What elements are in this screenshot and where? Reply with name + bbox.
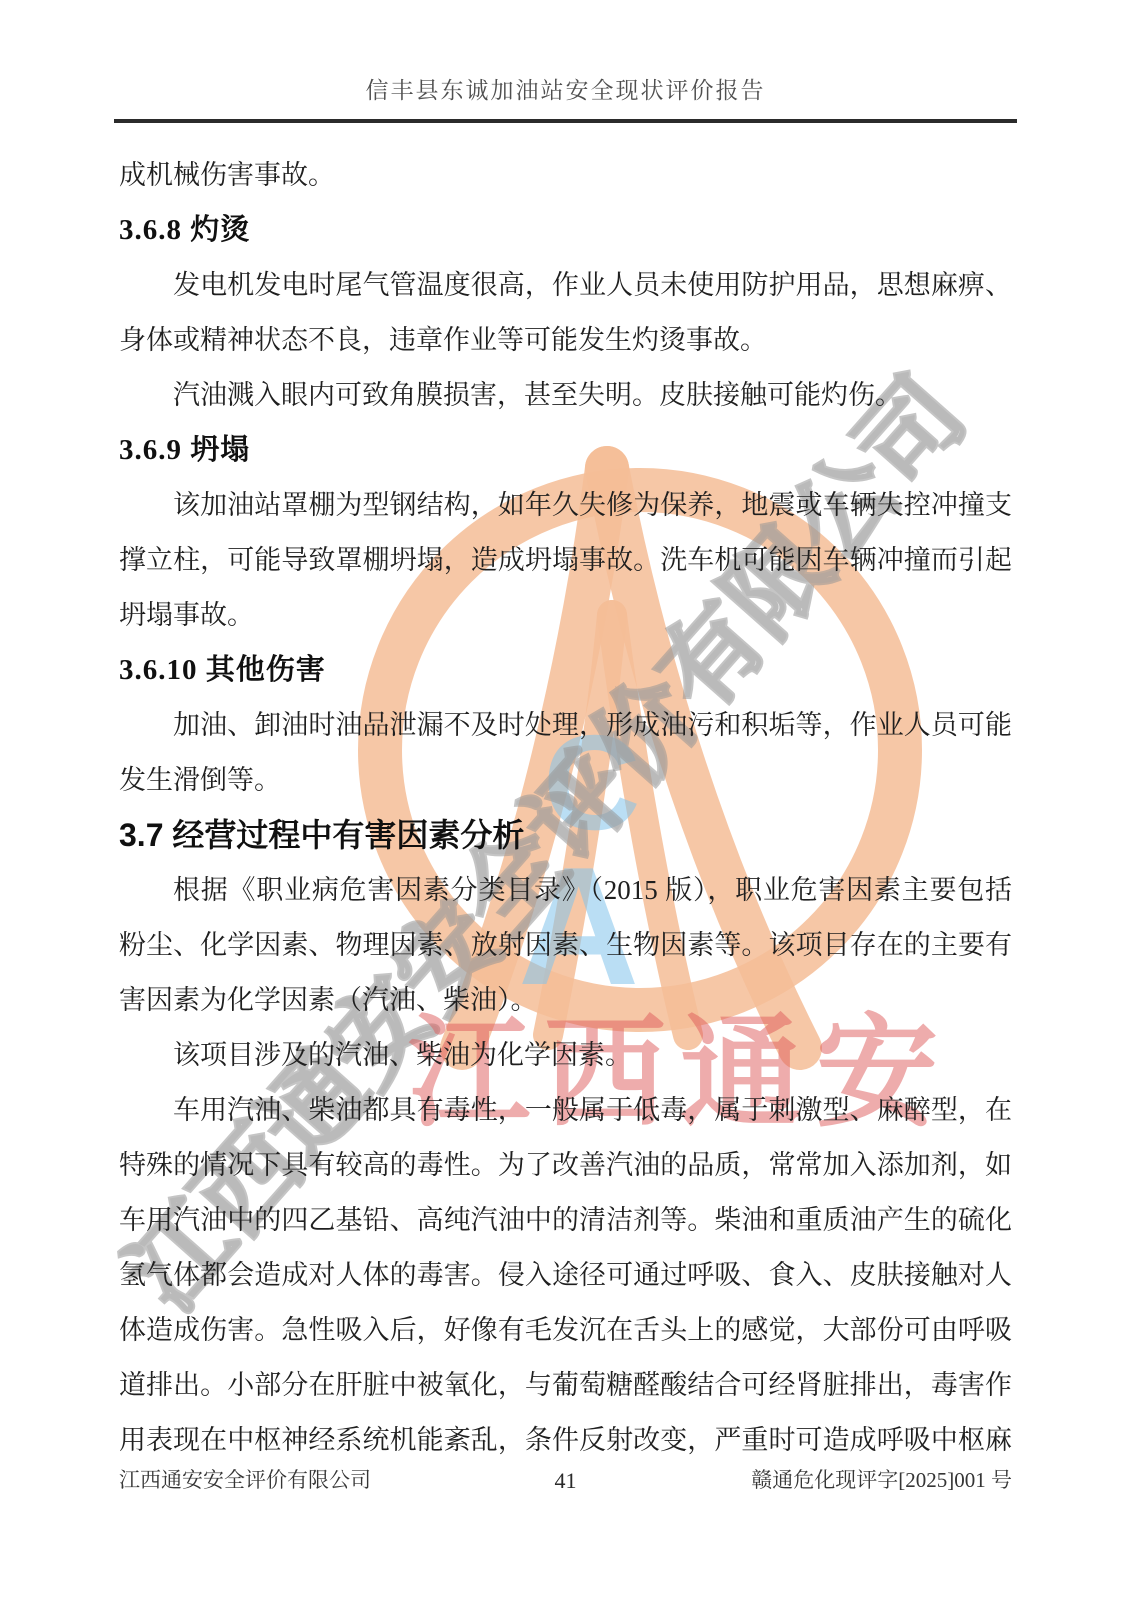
body-line: 特殊的情况下具有较高的毒性。为了改善汽油的品质，常常加入添加剂，如 <box>119 1138 1012 1193</box>
body-line: 发电机发电时尾气管温度很高，作业人员未使用防护用品，思想麻痹、 <box>119 258 1012 313</box>
body-line: 车用汽油中的四乙基铅、高纯汽油中的清洁剂等。柴油和重质油产生的硫化 <box>119 1193 1012 1248</box>
body-line: 体造成伤害。急性吸入后，好像有毛发沉在舌头上的感觉，大部份可由呼吸 <box>119 1303 1012 1358</box>
section-heading: 3.6.10 其他伤害 <box>119 643 1012 698</box>
body-line: 成机械伤害事故。 <box>119 148 1012 203</box>
body-line: 用表现在中枢神经系统机能紊乱，条件反射改变，严重时可造成呼吸中枢麻 <box>119 1413 1012 1468</box>
header-rule <box>114 119 1017 123</box>
body-line: 该项目涉及的汽油、柴油为化学因素。 <box>119 1028 1012 1083</box>
body-line: 根据《职业病危害因素分类目录》（2015 版），职业危害因素主要包括 <box>119 863 1012 918</box>
section-heading: 3.7 经营过程中有害因素分析 <box>119 808 1012 863</box>
body-line: 氢气体都会造成对人体的毒害。侵入途径可通过呼吸、食入、皮肤接触对人 <box>119 1248 1012 1303</box>
body-line: 加油、卸油时油品泄漏不及时处理，形成油污和积垢等，作业人员可能 <box>119 698 1012 753</box>
body-line: 粉尘、化学因素、物理因素、放射因素、生物因素等。该项目存在的主要有 <box>119 918 1012 973</box>
document-body: 成机械伤害事故。 3.6.8 灼烫 发电机发电时尾气管温度很高，作业人员未使用防… <box>119 148 1012 1468</box>
body-line: 道排出。小部分在肝脏中被氧化，与葡萄糖醛酸结合可经肾脏排出，毒害作 <box>119 1358 1012 1413</box>
section-heading: 3.6.9 坍塌 <box>119 423 1012 478</box>
footer-doc-number: 赣通危化现评字[2025]001 号 <box>751 1464 1012 1494</box>
body-line: 汽油溅入眼内可致角膜损害，甚至失明。皮肤接触可能灼伤。 <box>119 368 1012 423</box>
body-line: 撑立柱，可能导致罩棚坍塌，造成坍塌事故。洗车机可能因车辆冲撞而引起 <box>119 533 1012 588</box>
body-line: 车用汽油、柴油都具有毒性，一般属于低毒，属于刺激型、麻醉型，在 <box>119 1083 1012 1138</box>
body-line: 发生滑倒等。 <box>119 753 1012 808</box>
body-line: 身体或精神状态不良，违章作业等可能发生灼烫事故。 <box>119 313 1012 368</box>
report-page: C A 江西通安安全评价有限公司 江西通安 信丰县东诚加油站安全现状评价报告 成… <box>0 0 1131 1600</box>
body-line: 坍塌事故。 <box>119 588 1012 643</box>
section-heading: 3.6.8 灼烫 <box>119 203 1012 258</box>
page-header-title: 信丰县东诚加油站安全现状评价报告 <box>0 72 1131 105</box>
body-line: 害因素为化学因素（汽油、柴油）。 <box>119 973 1012 1028</box>
body-line: 该加油站罩棚为型钢结构，如年久失修为保养，地震或车辆失控冲撞支 <box>119 478 1012 533</box>
